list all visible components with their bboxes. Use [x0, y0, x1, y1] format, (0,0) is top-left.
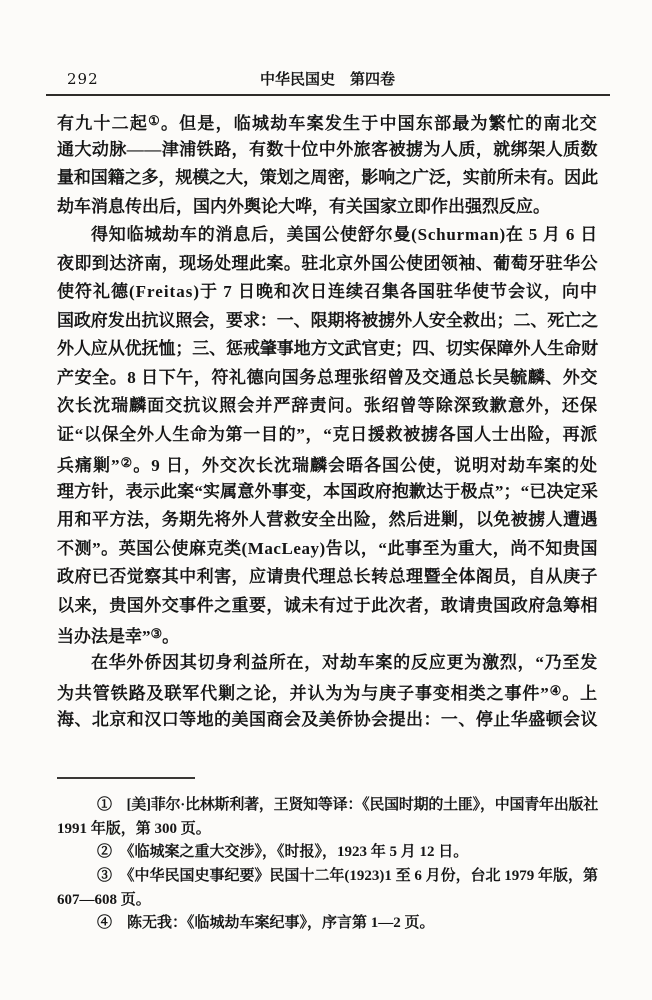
body-text-line: 当办法是幸”③。 [57, 620, 598, 649]
footnote-line: ② 《临城案之重大交涉》，《时报》，1923 年 5 月 12 日。 [57, 841, 598, 865]
body-text-line: 国政府发出抗议照会，要求：一、限期将被掳外人安全救出；二、死亡之 [57, 307, 598, 336]
footnote-separator [57, 777, 195, 779]
body-text-line: 有九十二起①。但是，临城劫车案发生于中国东部最为繁忙的南北交 [57, 107, 598, 136]
body-text-line: 得知临城劫车的消息后，美国公使舒尔曼(Schurman)在 5 月 6 日 [57, 221, 598, 250]
body-text-line: 在华外侨因其切身利益所在，对劫车案的反应更为激烈，“乃至发 [57, 649, 598, 678]
header-rule [46, 94, 610, 96]
footnote-ref: ④ [550, 683, 563, 698]
body-text-line: 海、北京和汉口等地的美国商会及美侨协会提出：一、停止华盛顿会议 [57, 706, 598, 735]
body-text-line: 产安全。8 日下午，符礼德向国务总理张绍曾及交通总长吴毓麟、外交 [57, 364, 598, 393]
body-text-line: 不测”。英国公使麻克类(MacLeay)告以，“此事至为重大，尚不知贵国 [57, 535, 598, 564]
footnote-line: ④ 陈无我：《临城劫车案纪事》，序言第 1—2 页。 [57, 912, 598, 936]
footnote-line: ③ 《中华民国史事纪要》民国十二年(1923)1 至 6 月份，台北 1979 … [57, 865, 598, 889]
book-title: 中华民国史 第四卷 [57, 68, 598, 89]
footnote-line: 1991 年版，第 300 页。 [57, 818, 598, 842]
body-text-line: 为共管铁路及联军代剿之论，并认为为与庚子事变相类之事件”④。上 [57, 677, 598, 706]
body-text-line: 劫车消息传出后，国内外舆论大哗，有关国家立即作出强烈反应。 [57, 193, 598, 222]
body-text-line: 以来，贵国外交事件之重要，诚未有过于此次者，敢请贵国政府急筹相 [57, 592, 598, 621]
body-text-line: 量和国籍之多，规模之大，策划之周密，影响之广泛，实前所未有。因此 [57, 164, 598, 193]
page-header: 292 中华民国史 第四卷 [57, 68, 598, 90]
body-text-line: 用和平方法，务期先将外人营救安全出险，然后进剿，以免被掳人遭遇 [57, 506, 598, 535]
footnote-line: ① [美]菲尔·比林斯利著，王贤知等译：《民国时期的土匪》，中国青年出版社 [57, 794, 598, 818]
body-text-line: 政府已否觉察其中利害，应请贵代理总长转总理暨全体阁员，自从庚子 [57, 563, 598, 592]
body-text-line: 夜即到达济南，现场处理此案。驻北京外国公使团领袖、葡萄牙驻华公 [57, 250, 598, 279]
body-text-line: 通大动脉——津浦铁路，有数十位中外旅客被掳为人质，就绑架人质数 [57, 136, 598, 165]
footnote-line: 607—608 页。 [57, 889, 598, 913]
body-text-line: 次长沈瑞麟面交抗议照会并严辞责问。张绍曾等除深致歉意外，还保 [57, 392, 598, 421]
body-text-line: 证“以保全外人生命为第一目的”，“克日援救被掳各国人士出险，再派 [57, 421, 598, 450]
body-text-line: 使符礼德(Freitas)于 7 日晚和次日连续召集各国驻华使节会议，向中 [57, 278, 598, 307]
footnote-ref: ① [148, 113, 161, 128]
footnotes-list: ① [美]菲尔·比林斯利著，王贤知等译：《民国时期的土匪》，中国青年出版社199… [57, 794, 598, 936]
scanned-book-page: 292 中华民国史 第四卷 有九十二起①。但是，临城劫车案发生于中国东部最为繁忙… [0, 0, 652, 1000]
body-text: 有九十二起①。但是，临城劫车案发生于中国东部最为繁忙的南北交通大动脉——津浦铁路… [57, 107, 598, 734]
body-text-line: 兵痛剿”②。9 日，外交次长沈瑞麟会晤各国公使，说明对劫车案的处 [57, 449, 598, 478]
body-text-line: 理方针，表示此案“实属意外事变，本国政府抱歉达于极点”；“已决定采 [57, 478, 598, 507]
footnote-ref: ③ [151, 626, 163, 641]
body-text-line: 外人应从优抚恤；三、惩戒肇事地方文武官吏；四、切实保障外人生命财 [57, 335, 598, 364]
footnote-ref: ② [121, 455, 134, 470]
